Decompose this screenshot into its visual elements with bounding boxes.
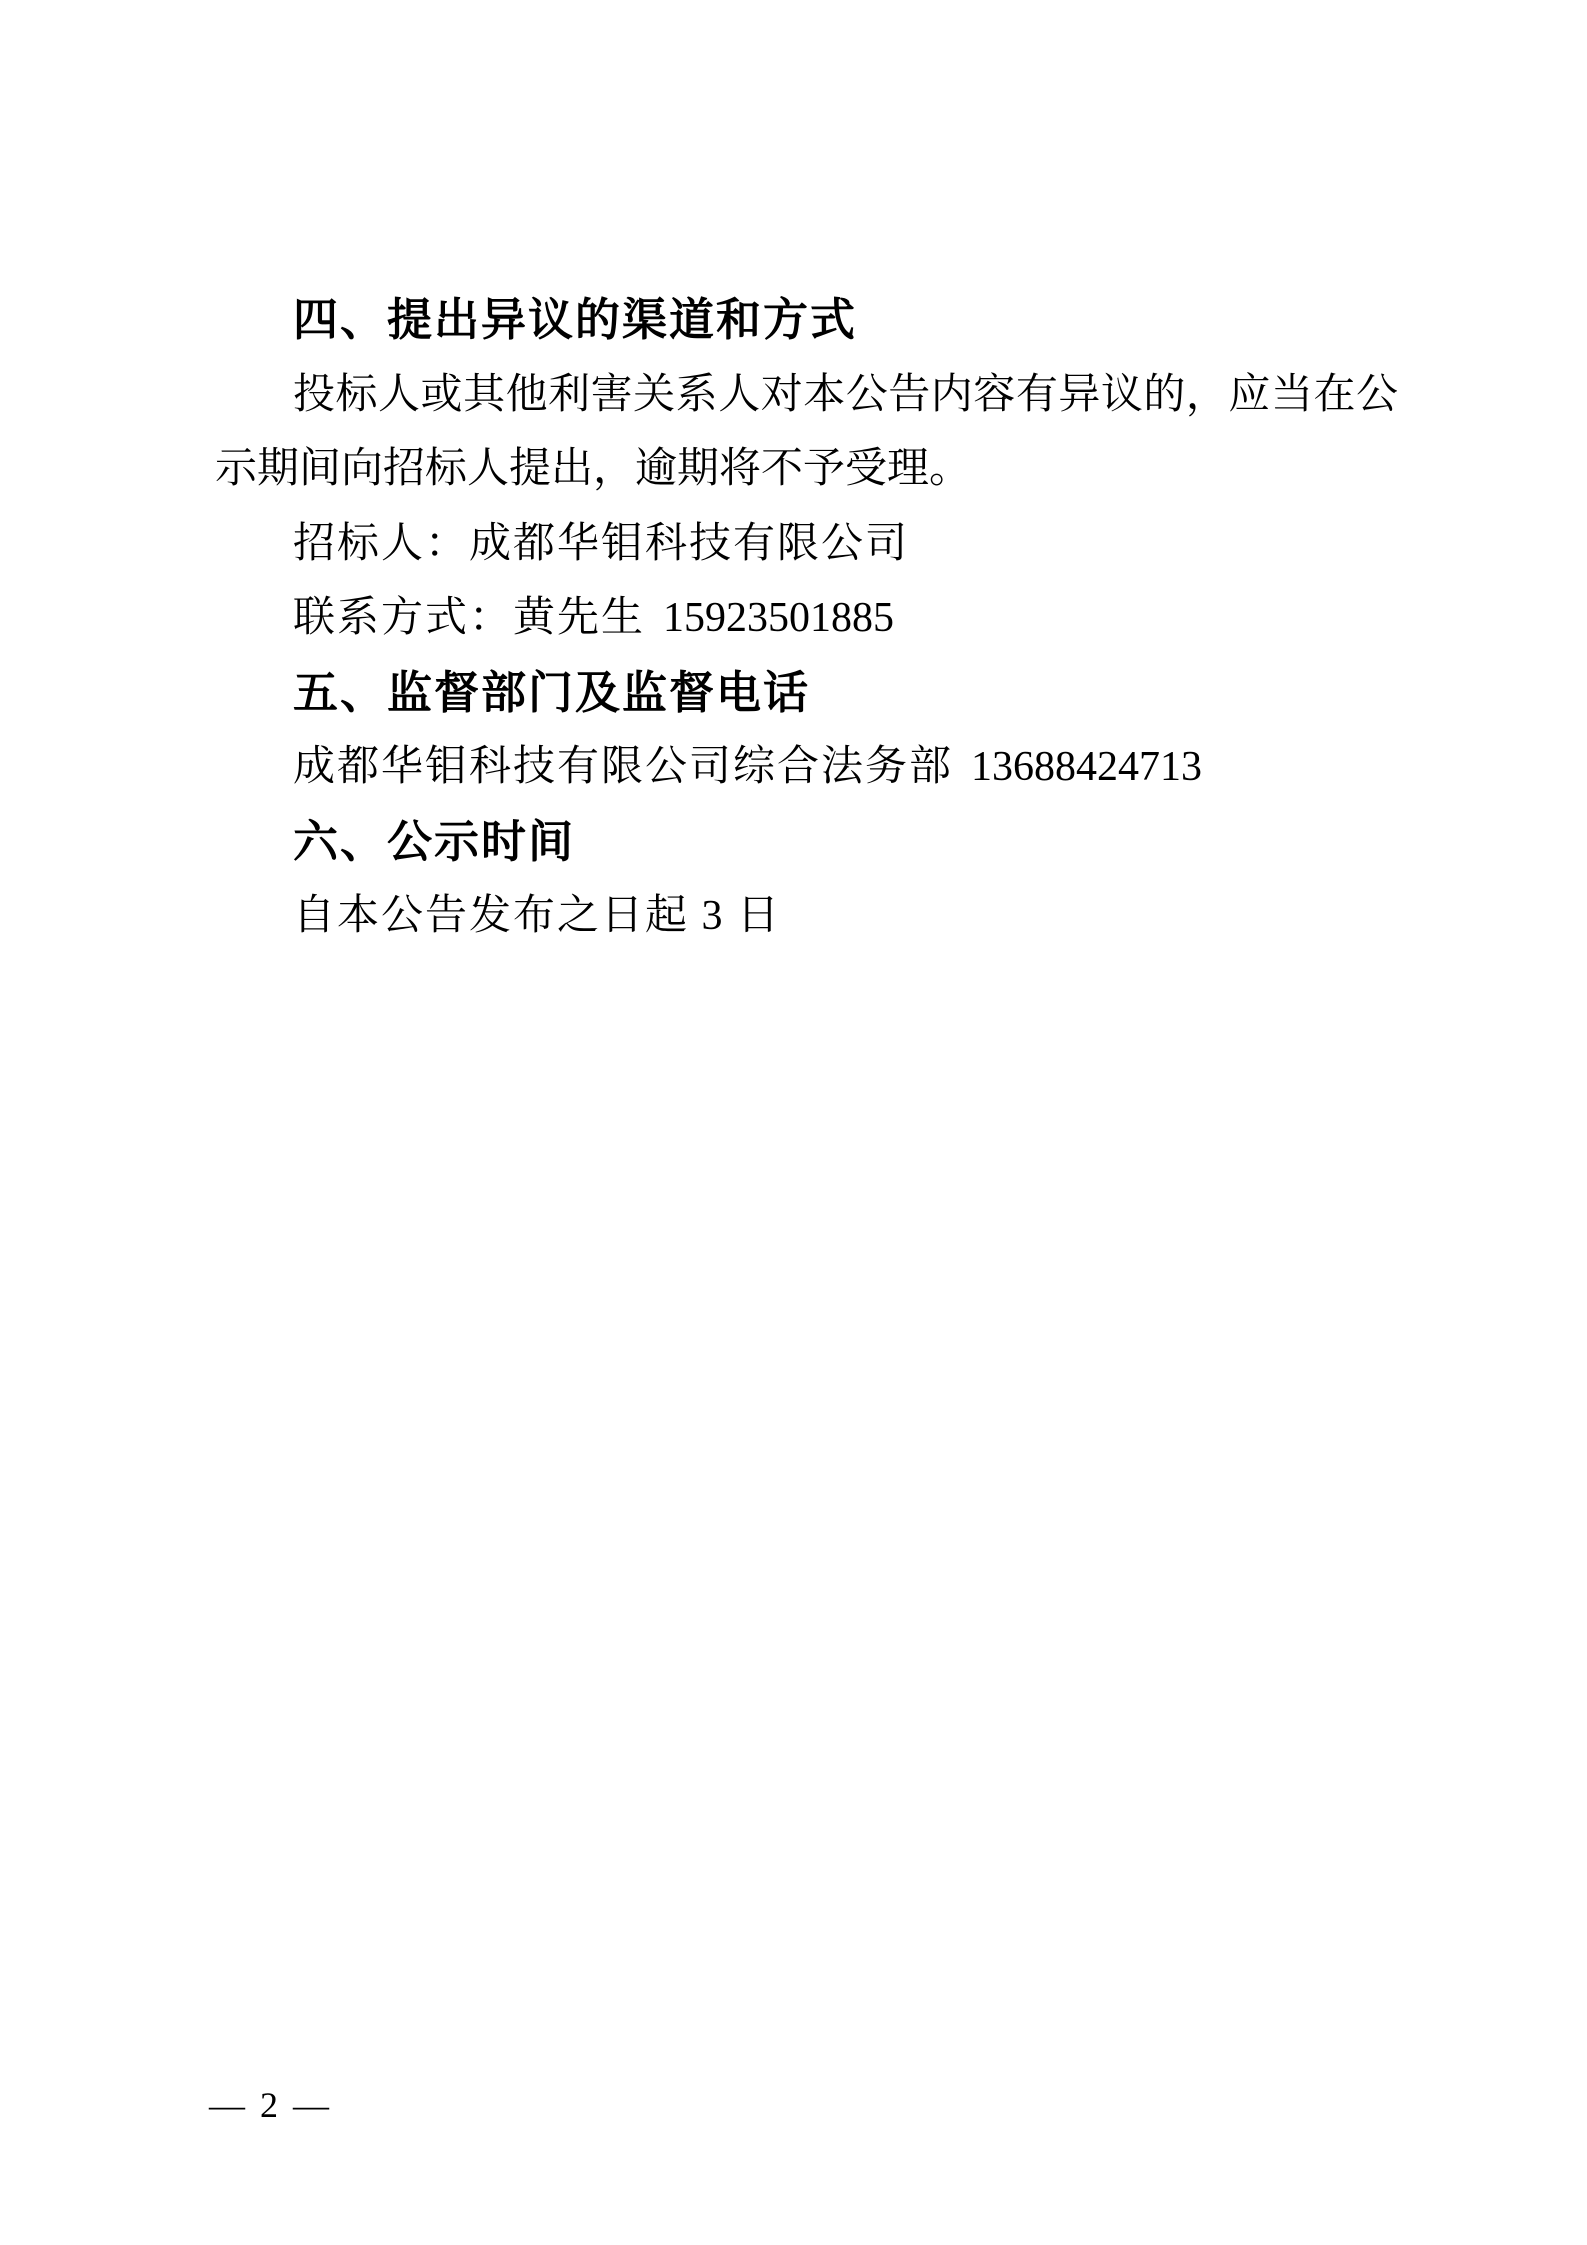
contact-line: 联系方式：黄先生15923501885 — [215, 581, 1398, 656]
objection-paragraph: 投标人或其他利害关系人对本公告内容有异议的，应当在公示期间向招标人提出，逾期将不… — [215, 358, 1398, 507]
supervision-phone: 13688424713 — [971, 744, 1202, 790]
contact-phone: 15923501885 — [663, 595, 894, 641]
tenderer-name: 成都华钼科技有限公司 — [469, 521, 909, 567]
document-page: 四、提出异议的渠道和方式 投标人或其他利害关系人对本公告内容有异议的，应当在公示… — [0, 0, 1587, 2245]
notice-content: 四、提出异议的渠道和方式 投标人或其他利害关系人对本公告内容有异议的，应当在公示… — [215, 283, 1398, 954]
contact-person: 黄先生 — [513, 595, 645, 641]
heading-section-4-objection-channels: 四、提出异议的渠道和方式 — [215, 283, 1398, 358]
heading-section-6-publicity-time: 六、公示时间 — [215, 805, 1398, 880]
tenderer-line: 招标人：成都华钼科技有限公司 — [215, 507, 1398, 582]
publicity-period-line: 自本公告发布之日起 3 日 — [215, 879, 1398, 954]
tenderer-label: 招标人： — [293, 521, 469, 567]
supervision-line: 成都华钼科技有限公司综合法务部13688424713 — [215, 730, 1398, 805]
supervision-department: 成都华钼科技有限公司综合法务部 — [293, 744, 953, 790]
contact-label: 联系方式： — [293, 595, 513, 641]
page-number: — 2 — — [209, 2085, 332, 2125]
heading-section-5-supervision: 五、监督部门及监督电话 — [215, 656, 1398, 731]
